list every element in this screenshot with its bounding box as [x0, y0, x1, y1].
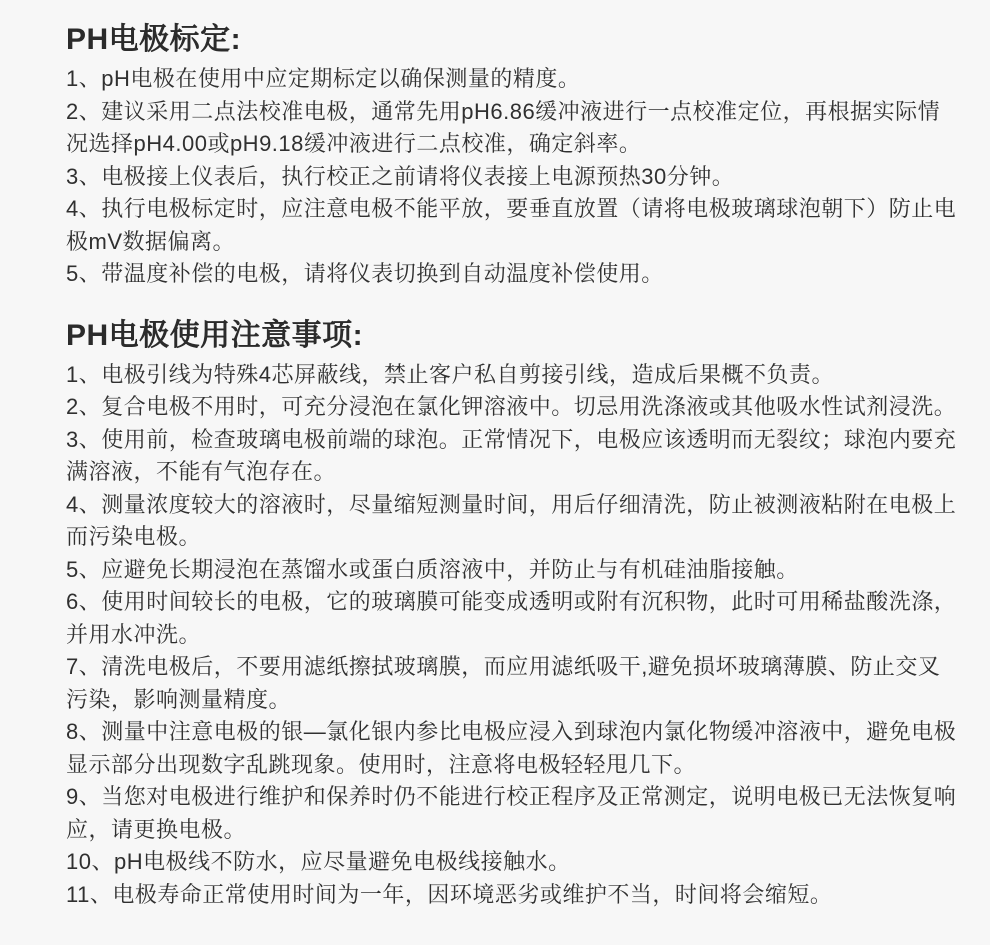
section-title-precautions: PH电极使用注意事项:: [66, 318, 958, 354]
precaution-item-2: 2、复合电极不用时，可充分浸泡在氯化钾溶液中。切忌用洗涤液或其他吸水性试剂浸洗。: [66, 391, 958, 424]
calibration-item-5: 5、带温度补偿的电极，请将仪表切换到自动温度补偿使用。: [66, 258, 958, 291]
precaution-item-3: 3、使用前，检查玻璃电极前端的球泡。正常情况下，电极应该透明而无裂纹；球泡内要充…: [66, 424, 958, 489]
precaution-item-1: 1、电极引线为特殊4芯屏蔽线，禁止客户私自剪接引线，造成后果概不负责。: [66, 359, 958, 392]
precaution-item-9: 9、当您对电极进行维护和保养时仍不能进行校正程序及正常测定，说明电极已无法恢复响…: [66, 781, 958, 846]
calibration-item-3: 3、电极接上仪表后，执行校正之前请将仪表接上电源预热30分钟。: [66, 161, 958, 194]
precaution-item-7: 7、清洗电极后，不要用滤纸擦拭玻璃膜，而应用滤纸吸干,避免损坏玻璃薄膜、防止交叉…: [66, 651, 958, 716]
calibration-item-2: 2、建议采用二点法校准电极，通常先用pH6.86缓冲液进行一点校准定位，再根据实…: [66, 96, 958, 161]
precaution-item-8: 8、测量中注意电极的银—氯化银内参比电极应浸入到球泡内氯化物缓冲溶液中，避免电极…: [66, 716, 958, 781]
section-title-calibration: PH电极标定:: [66, 22, 958, 58]
precaution-item-5: 5、应避免长期浸泡在蒸馏水或蛋白质溶液中，并防止与有机硅油脂接触。: [66, 554, 958, 587]
precaution-item-10: 10、pH电极线不防水，应尽量避免电极线接触水。: [66, 846, 958, 879]
calibration-item-4: 4、执行电极标定时，应注意电极不能平放，要垂直放置（请将电极玻璃球泡朝下）防止电…: [66, 193, 958, 258]
precaution-item-6: 6、使用时间较长的电极，它的玻璃膜可能变成透明或附有沉积物，此时可用稀盐酸洗涤，…: [66, 586, 958, 651]
instruction-document: PH电极标定: 1、pH电极在使用中应定期标定以确保测量的精度。 2、建议采用二…: [0, 0, 990, 945]
calibration-item-1: 1、pH电极在使用中应定期标定以确保测量的精度。: [66, 63, 958, 96]
precaution-item-11: 11、电极寿命正常使用时间为一年，因环境恶劣或维护不当，时间将会缩短。: [66, 879, 958, 912]
precaution-item-4: 4、测量浓度较大的溶液时，尽量缩短测量时间，用后仔细清洗，防止被测液粘附在电极上…: [66, 489, 958, 554]
